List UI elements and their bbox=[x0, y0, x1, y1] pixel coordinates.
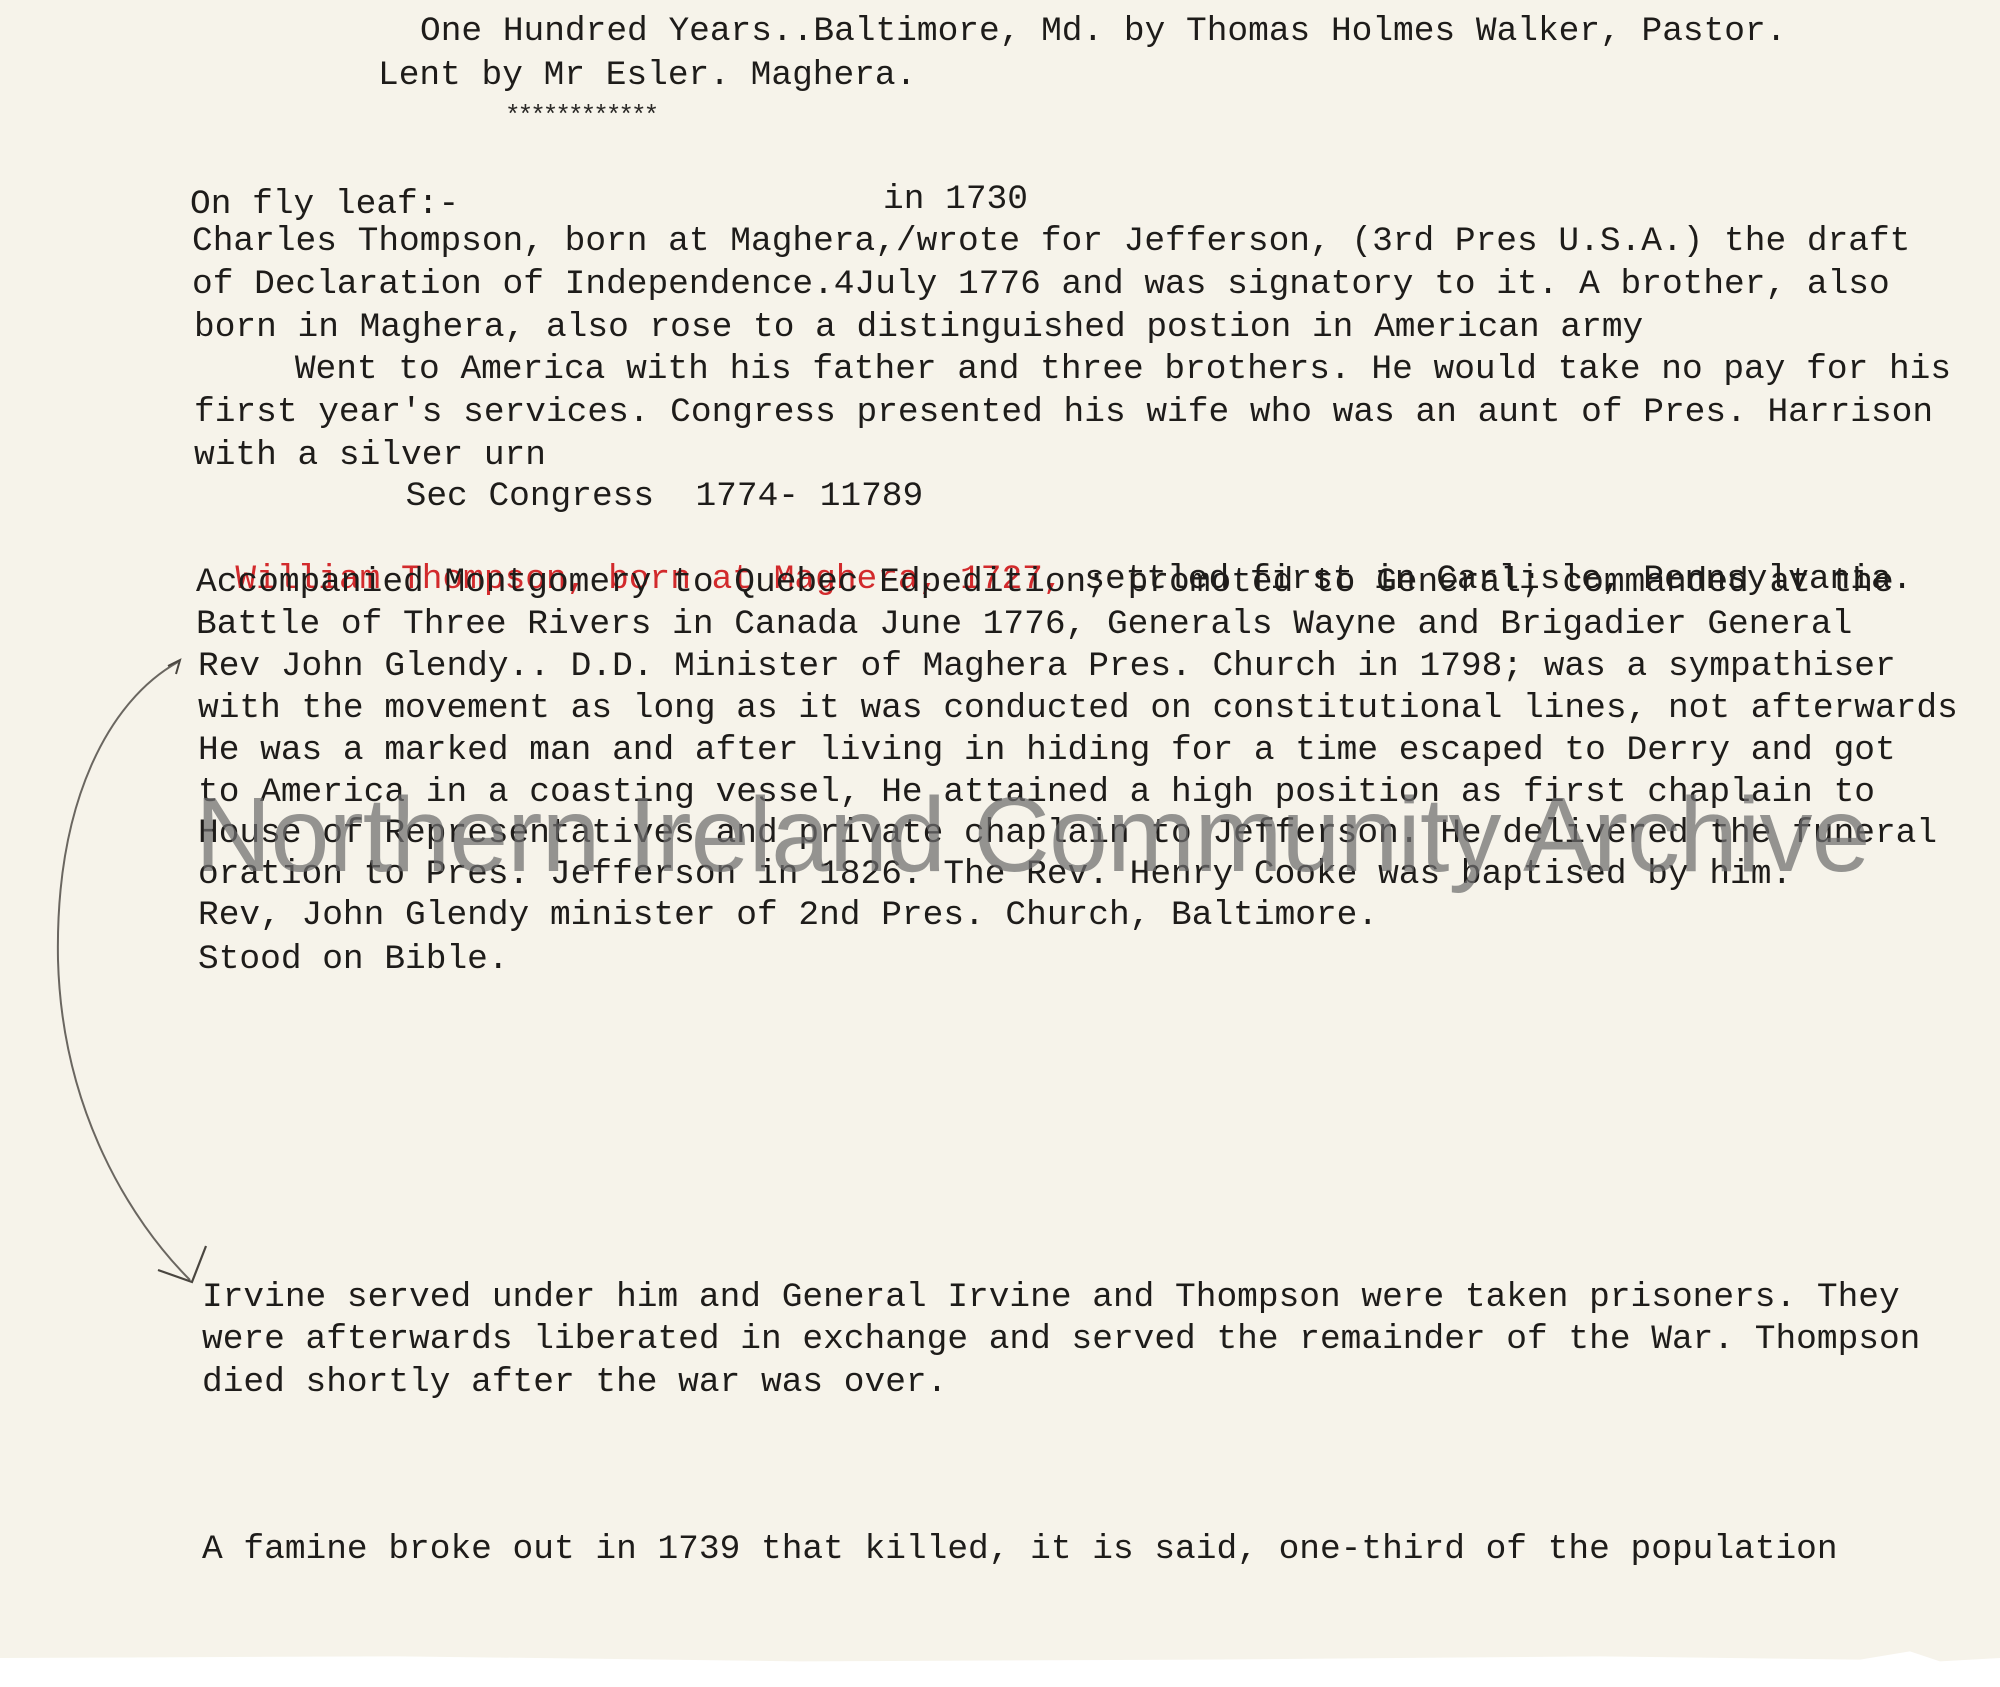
watermark-text: Northern Ireland Community Archive bbox=[195, 780, 1869, 890]
